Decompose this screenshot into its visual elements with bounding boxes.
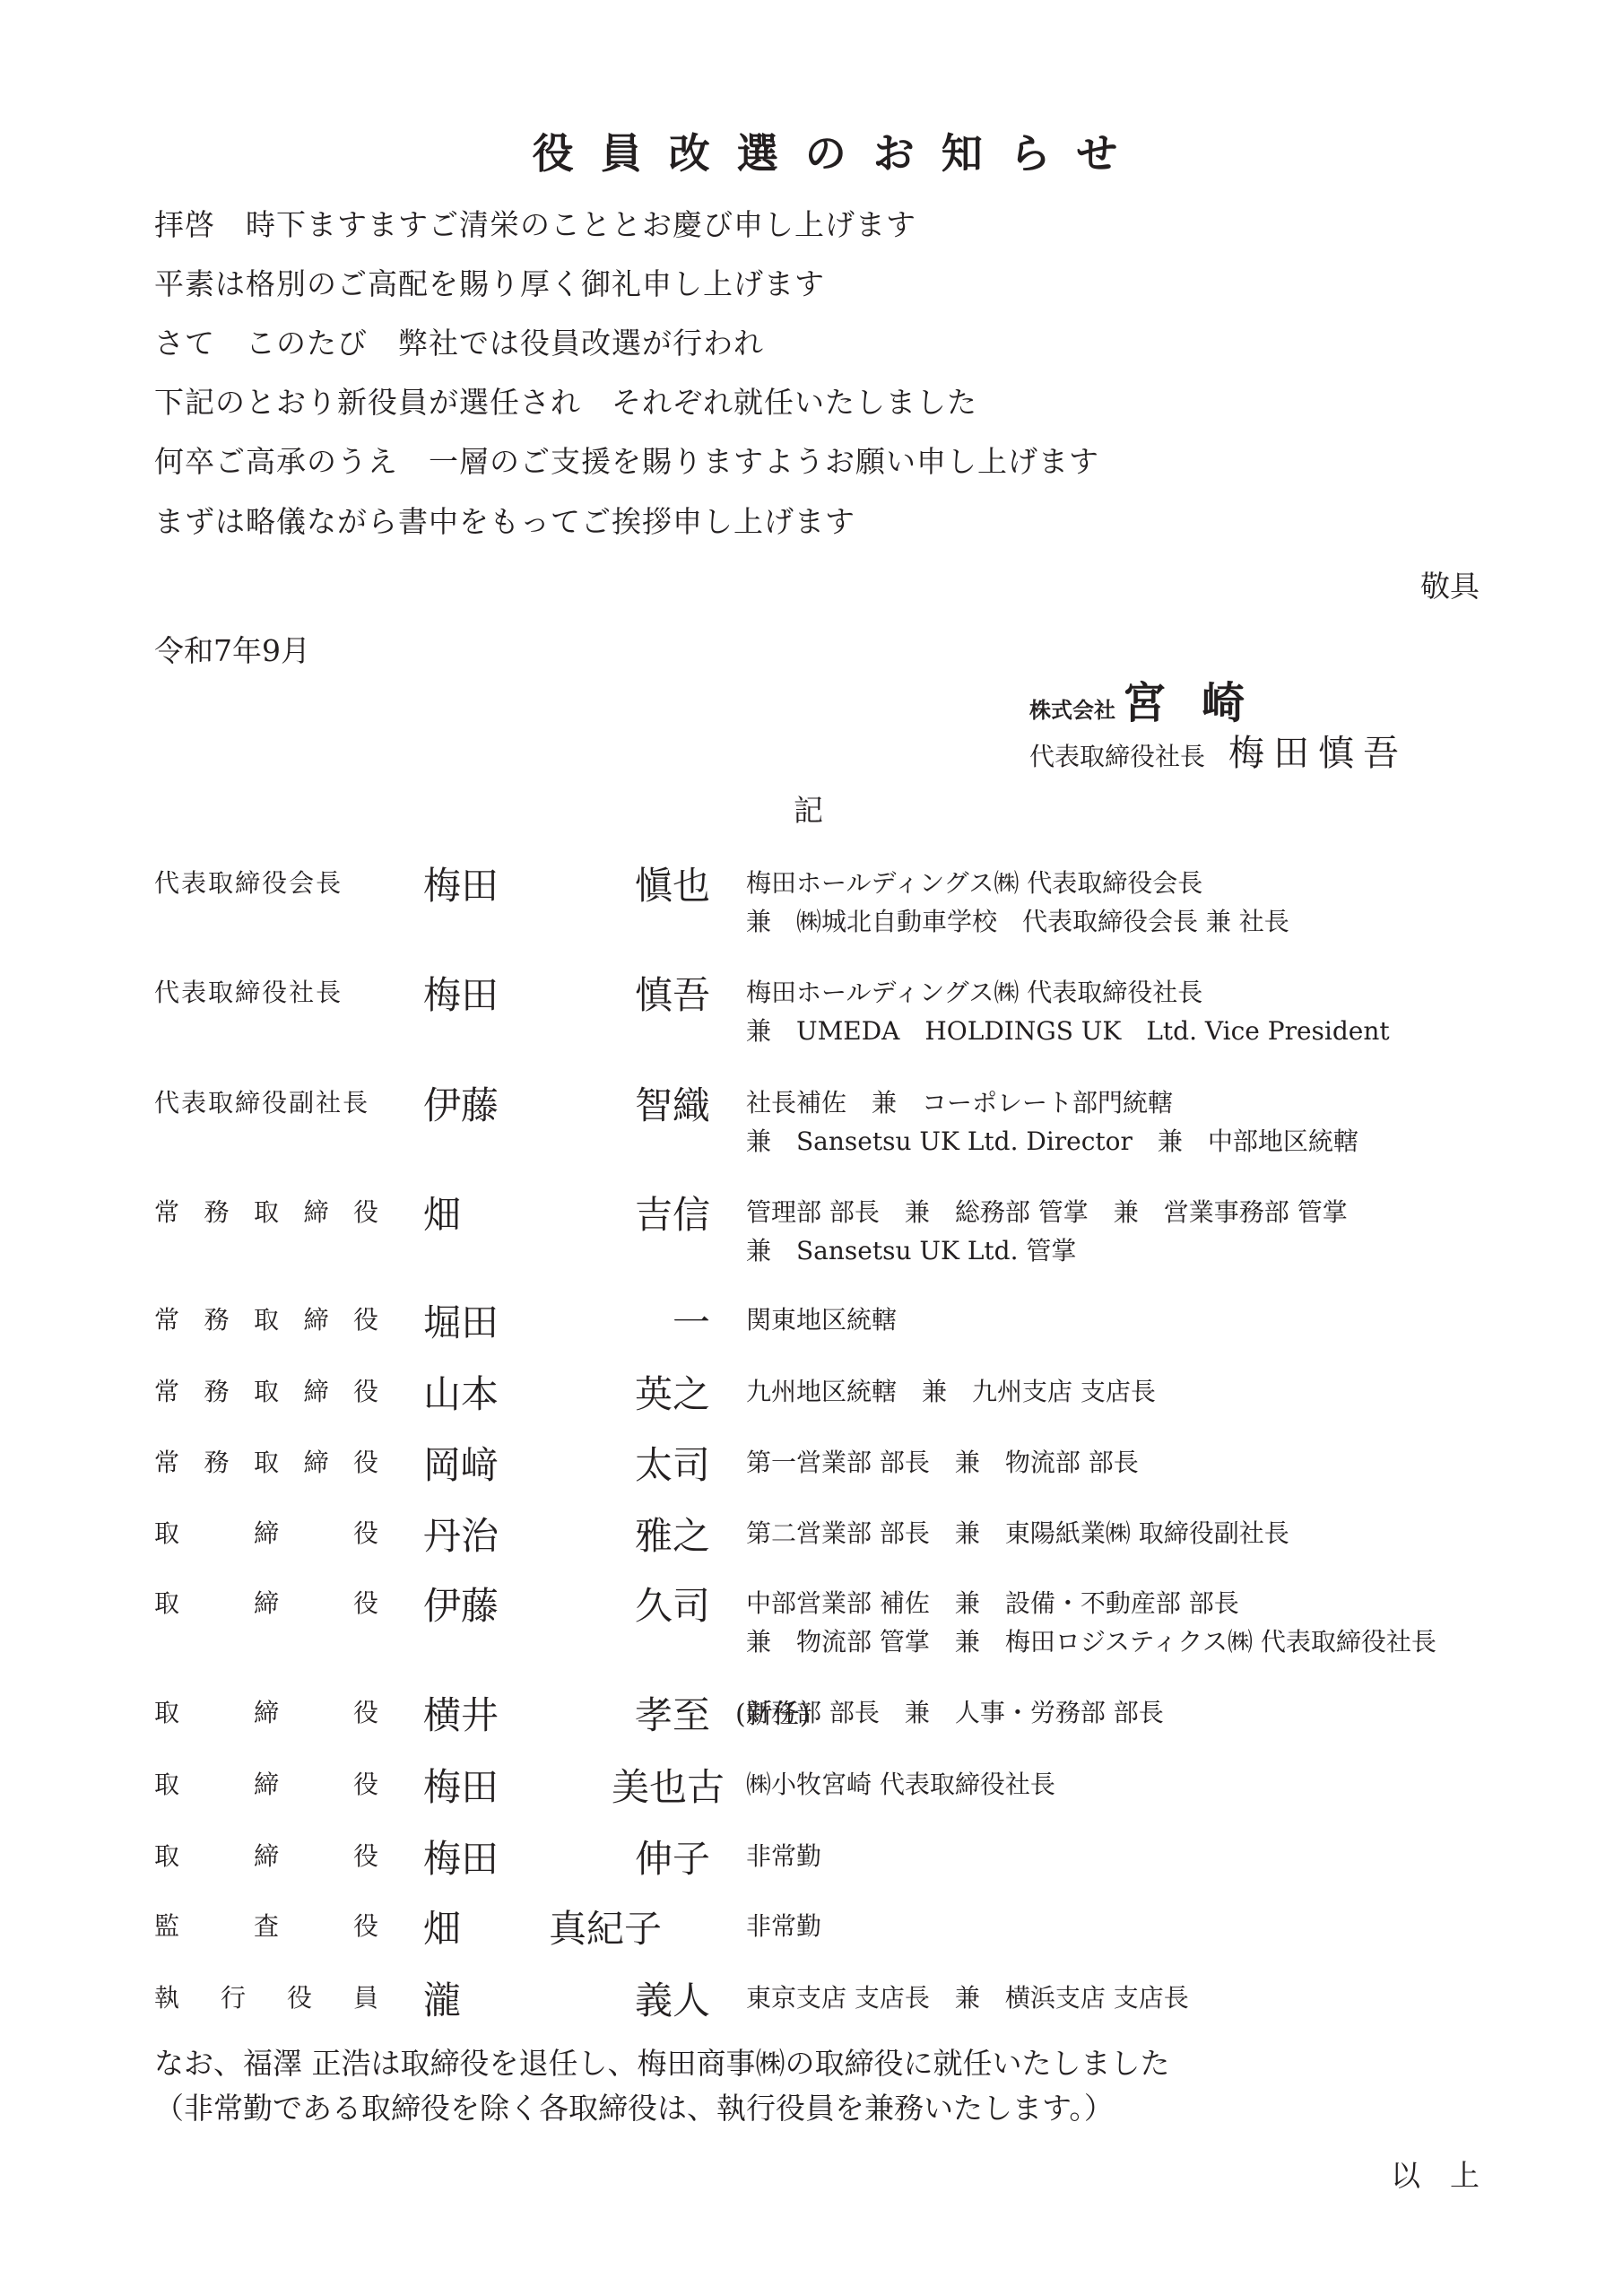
retirement-note: なお、福澤 正浩は取締役を退任し、梅田商事㈱の取締役に就任いたしました xyxy=(154,2040,1170,2083)
officer-given-name: 義人 xyxy=(612,1971,710,2025)
position-line: 関東地区統轄 xyxy=(746,1300,897,1339)
representative: 代表取締役社長梅田慎吾 xyxy=(1029,725,1408,776)
closing-keigu: 敬具 xyxy=(1420,563,1480,605)
position-line: 第一営業部 部長 兼 物流部 部長 xyxy=(746,1443,1139,1482)
officer-surname: 伊藤 xyxy=(423,1076,499,1130)
officer-given-name: 英之 xyxy=(612,1365,710,1419)
position-line: 財務部 部長 兼 人事・労務部 部長 xyxy=(746,1693,1164,1732)
position-line: 九州地区統轄 兼 九州支店 支店長 xyxy=(746,1372,1156,1411)
officer-positions: 第一営業部 部長 兼 物流部 部長 xyxy=(746,1443,1139,1482)
officer-role: 取締役 xyxy=(154,1514,378,1550)
officer-surname: 丹治 xyxy=(423,1507,499,1561)
position-line: 非常勤 xyxy=(746,1837,821,1875)
officer-positions: 財務部 部長 兼 人事・労務部 部長 xyxy=(746,1693,1164,1732)
position-line: 社長補佐 兼 コーポレート部門統轄 xyxy=(746,1083,1358,1122)
officer-positions: 非常勤 xyxy=(746,1837,821,1875)
officer-given-name: 孝至 xyxy=(612,1686,710,1740)
officer-positions: 社長補佐 兼 コーポレート部門統轄兼 Sansetsu UK Ltd. Dire… xyxy=(746,1083,1358,1161)
position-line: 兼 Sansetsu UK Ltd. Director 兼 中部地区統轄 xyxy=(746,1122,1358,1161)
position-line: 梅田ホールディングス㈱ 代表取締役会長 xyxy=(746,864,1289,902)
officer-positions: 関東地区統轄 xyxy=(746,1300,897,1339)
officer-surname: 伊藤 xyxy=(423,1577,499,1631)
officer-role: 取締役 xyxy=(154,1584,378,1620)
officer-positions: 中部営業部 補佐 兼 設備・不動産部 部長兼 物流部 管掌 兼 梅田ロジスティク… xyxy=(746,1584,1436,1661)
page-title: 役員改選のお知らせ xyxy=(0,121,1623,180)
officer-role: 常務取締役 xyxy=(154,1443,378,1479)
greeting-line: 平素は格別のご高配を賜り厚く御礼申し上げます xyxy=(154,261,825,303)
officer-role: 常務取締役 xyxy=(154,1193,378,1229)
issue-date: 令和7年9月 xyxy=(154,628,310,670)
officer-surname: 梅田 xyxy=(423,857,499,910)
officer-given-name: 智織 xyxy=(612,1076,710,1130)
officer-given-name: 太司 xyxy=(612,1436,710,1490)
officer-role: 代表取締役会長 xyxy=(154,864,378,900)
officer-positions: 第二営業部 部長 兼 東陽紙業㈱ 取締役副社長 xyxy=(746,1514,1289,1552)
officer-surname: 畑 xyxy=(423,1186,461,1239)
officer-surname: 畑 xyxy=(423,1900,461,1953)
position-line: 兼 UMEDA HOLDINGS UK Ltd. Vice President xyxy=(746,1012,1390,1050)
officer-positions: 管理部 部長 兼 総務部 管掌 兼 営業事務部 管掌兼 Sansetsu UK … xyxy=(746,1193,1348,1270)
company-prefix: 株式会社 xyxy=(1029,698,1115,723)
officer-positions: ㈱小牧宮崎 代表取締役社長 xyxy=(746,1765,1055,1804)
officer-surname: 堀田 xyxy=(423,1293,499,1347)
officer-surname: 梅田 xyxy=(423,966,499,1020)
closing-ijo: 以 上 xyxy=(1391,2152,1480,2195)
officer-surname: 梅田 xyxy=(423,1758,499,1812)
officer-surname: 瀧 xyxy=(423,1971,461,2025)
officer-given-name: 伸子 xyxy=(612,1830,710,1883)
greeting-line: まずは略儀ながら書中をもってご挨拶申し上げます xyxy=(154,499,855,541)
officer-surname: 横井 xyxy=(423,1686,499,1740)
greeting-line: 下記のとおり新役員が選任され それぞれ就任いたしました xyxy=(154,379,977,422)
officer-given-name: 愼也 xyxy=(612,857,710,910)
officer-given-name: 吉信 xyxy=(612,1186,710,1239)
position-line: 中部営業部 補佐 兼 設備・不動産部 部長 xyxy=(746,1584,1436,1622)
officer-role: 取締役 xyxy=(154,1693,378,1729)
position-line: 梅田ホールディングス㈱ 代表取締役社長 xyxy=(746,973,1390,1012)
officer-positions: 非常勤 xyxy=(746,1907,821,1945)
representative-role: 代表取締役社長 xyxy=(1029,742,1205,771)
officer-role: 常務取締役 xyxy=(154,1372,378,1408)
officer-surname: 山本 xyxy=(423,1365,499,1419)
officer-role: 代表取締役社長 xyxy=(154,973,378,1009)
officer-role: 常務取締役 xyxy=(154,1300,378,1336)
officer-given-name: 真紀子 xyxy=(549,1900,662,1953)
company-name: 株式会社宮崎 xyxy=(1029,668,1280,730)
representative-name: 梅田慎吾 xyxy=(1228,733,1408,774)
officer-given-name: 美也古 xyxy=(612,1758,725,1812)
greeting-line: 拝啓 時下ますますご清栄のこととお慶び申し上げます xyxy=(154,202,916,244)
officer-positions: 九州地区統轄 兼 九州支店 支店長 xyxy=(746,1372,1156,1411)
officer-given-name: 慎吾 xyxy=(612,966,710,1020)
officer-surname: 梅田 xyxy=(423,1830,499,1883)
position-line: 非常勤 xyxy=(746,1907,821,1945)
officer-role: 執行役員 xyxy=(154,1979,378,2014)
officer-positions: 東京支店 支店長 兼 横浜支店 支店長 xyxy=(746,1979,1189,2017)
officer-role: 取締役 xyxy=(154,1765,378,1801)
company-main-name: 宮崎 xyxy=(1123,678,1280,728)
position-line: 管理部 部長 兼 総務部 管掌 兼 営業事務部 管掌 xyxy=(746,1193,1348,1231)
officer-positions: 梅田ホールディングス㈱ 代表取締役社長兼 UMEDA HOLDINGS UK L… xyxy=(746,973,1390,1050)
greeting-line: さて このたび 弊社では役員改選が行われ xyxy=(154,320,764,362)
position-line: ㈱小牧宮崎 代表取締役社長 xyxy=(746,1765,1055,1804)
position-line: 兼 物流部 管掌 兼 梅田ロジスティクス㈱ 代表取締役社長 xyxy=(746,1622,1436,1661)
officer-given-name: 久司 xyxy=(612,1577,710,1631)
officer-given-name: 雅之 xyxy=(612,1507,710,1561)
position-line: 兼 Sansetsu UK Ltd. 管掌 xyxy=(746,1231,1348,1270)
officer-role: 監査役 xyxy=(154,1907,378,1943)
officer-given-name: 一 xyxy=(612,1293,710,1347)
position-line: 第二営業部 部長 兼 東陽紙業㈱ 取締役副社長 xyxy=(746,1514,1289,1552)
position-line: 東京支店 支店長 兼 横浜支店 支店長 xyxy=(746,1979,1189,2017)
officer-positions: 梅田ホールディングス㈱ 代表取締役会長兼 ㈱城北自動車学校 代表取締役会長 兼 … xyxy=(746,864,1289,941)
officer-role: 取締役 xyxy=(154,1837,378,1873)
concurrent-note: （非常勤である取締役を除く各取締役は、執行役員を兼務いたします。） xyxy=(154,2085,1114,2127)
officer-surname: 岡﨑 xyxy=(423,1436,499,1490)
ki-heading: 記 xyxy=(794,787,823,830)
greeting-line: 何卒ご高承のうえ 一層のご支援を賜りますようお願い申し上げます xyxy=(154,439,1099,481)
officer-role: 代表取締役副社長 xyxy=(154,1083,378,1119)
position-line: 兼 ㈱城北自動車学校 代表取締役会長 兼 社長 xyxy=(746,902,1289,941)
